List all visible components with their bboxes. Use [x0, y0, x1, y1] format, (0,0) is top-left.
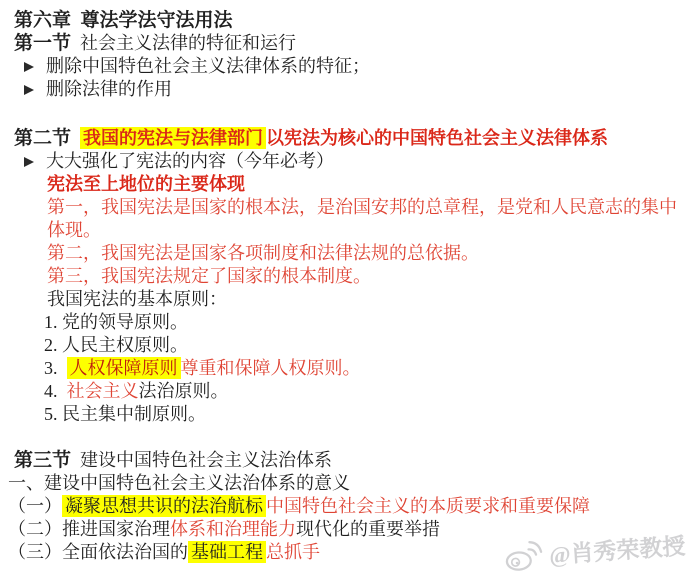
principle-text: 民主集中制原则。	[62, 404, 206, 424]
principle-text: 法治原则。	[139, 381, 229, 401]
section1-label: 第一节	[14, 33, 71, 54]
bullet-item-2: 删除法律的作用	[24, 78, 690, 101]
section1-heading: 第一节社会主义法律的特征和运行	[14, 32, 690, 55]
bullet-text: 删除中国特色社会主义法律体系的特征；	[46, 56, 370, 76]
principle-item-5: 5. 民主集中制原则。	[44, 403, 690, 426]
principle-item-1: 1. 党的领导原则。	[44, 311, 690, 334]
item-red-text: 总抓手	[266, 542, 320, 562]
item-prefix: （三）全面依法治国的	[8, 542, 188, 562]
subheading-constitution-supremacy: 宪法至上地位的主要体现	[47, 173, 690, 196]
item-highlighted-text: 凝聚思想共识的法治航标	[62, 495, 266, 517]
arrow-bullet-icon	[24, 85, 34, 95]
section3-subtitle: 一、建设中国特色社会主义法治体系的意义	[8, 472, 690, 495]
point-first-line1: 第一，我国宪法是国家的根本法，是治国安邦的总章程，是党和人民意志的集中	[47, 196, 690, 219]
principle-number: 3.	[44, 358, 67, 378]
weibo-icon	[503, 538, 545, 574]
principle-item-4: 4. 社会主义法治原则。	[44, 380, 690, 403]
point-first-line2: 体现。	[47, 219, 690, 242]
section1-title: 社会主义法律的特征和运行	[80, 33, 296, 53]
arrow-bullet-icon	[24, 62, 34, 72]
principle-number: 4.	[44, 381, 67, 401]
arrow-bullet-icon	[24, 157, 34, 167]
section2-highlighted-title: 我国的宪法与法律部门	[80, 127, 266, 149]
principle-text: 党的领导原则。	[62, 312, 188, 332]
item-prefix: （一）	[8, 496, 62, 516]
principle-red-text: 社会主义	[67, 381, 139, 401]
item-suffix: 现代化的重要举措	[296, 519, 440, 539]
item-red-text: 中国特色社会主义的本质要求和重要保障	[266, 496, 590, 516]
item-highlighted-text: 基础工程	[188, 541, 266, 563]
item-red-text: 体系和治理能力	[170, 519, 296, 539]
principle-item-2: 2. 人民主权原则。	[44, 334, 690, 357]
principles-title: 我国宪法的基本原则：	[47, 288, 690, 311]
bullet-item-1: 删除中国特色社会主义法律体系的特征；	[24, 55, 690, 78]
principle-text: 人民主权原则。	[62, 335, 188, 355]
meaning-item-1: （一）凝聚思想共识的法治航标中国特色社会主义的本质要求和重要保障	[8, 495, 690, 518]
section3-title: 建设中国特色社会主义法治体系	[80, 450, 332, 470]
bullet-text: 删除法律的作用	[46, 79, 172, 99]
section2-label: 第二节	[14, 128, 71, 149]
principle-red-text: 尊重和保障人权原则。	[181, 358, 361, 378]
section2-heading: 第二节我国的宪法与法律部门以宪法为核心的中国特色社会主义法律体系	[14, 127, 690, 150]
chapter-title: 第六章 尊法学法守法用法	[14, 9, 690, 32]
section3-label: 第三节	[14, 450, 71, 471]
item-prefix: （二）推进国家治理	[8, 519, 170, 539]
principle-number: 1.	[44, 312, 62, 332]
section2-red-title: 以宪法为核心的中国特色社会主义法律体系	[266, 128, 608, 148]
bullet-item-3: 大大强化了宪法的内容（今年必考）	[24, 150, 690, 173]
principle-item-3: 3. 人权保障原则尊重和保障人权原则。	[44, 357, 690, 380]
point-second: 第二，我国宪法是国家各项制度和法律法规的总依据。	[47, 242, 690, 265]
point-third: 第三，我国宪法规定了国家的根本制度。	[47, 265, 690, 288]
bullet-text: 大大强化了宪法的内容（今年必考）	[46, 151, 334, 171]
principle-number: 5.	[44, 404, 62, 424]
document-page: 第六章 尊法学法守法用法 第一节社会主义法律的特征和运行 删除中国特色社会主义法…	[0, 0, 690, 574]
principle-highlighted-text: 人权保障原则	[67, 357, 181, 379]
principle-number: 2.	[44, 335, 62, 355]
section3-heading: 第三节建设中国特色社会主义法治体系	[14, 449, 690, 472]
